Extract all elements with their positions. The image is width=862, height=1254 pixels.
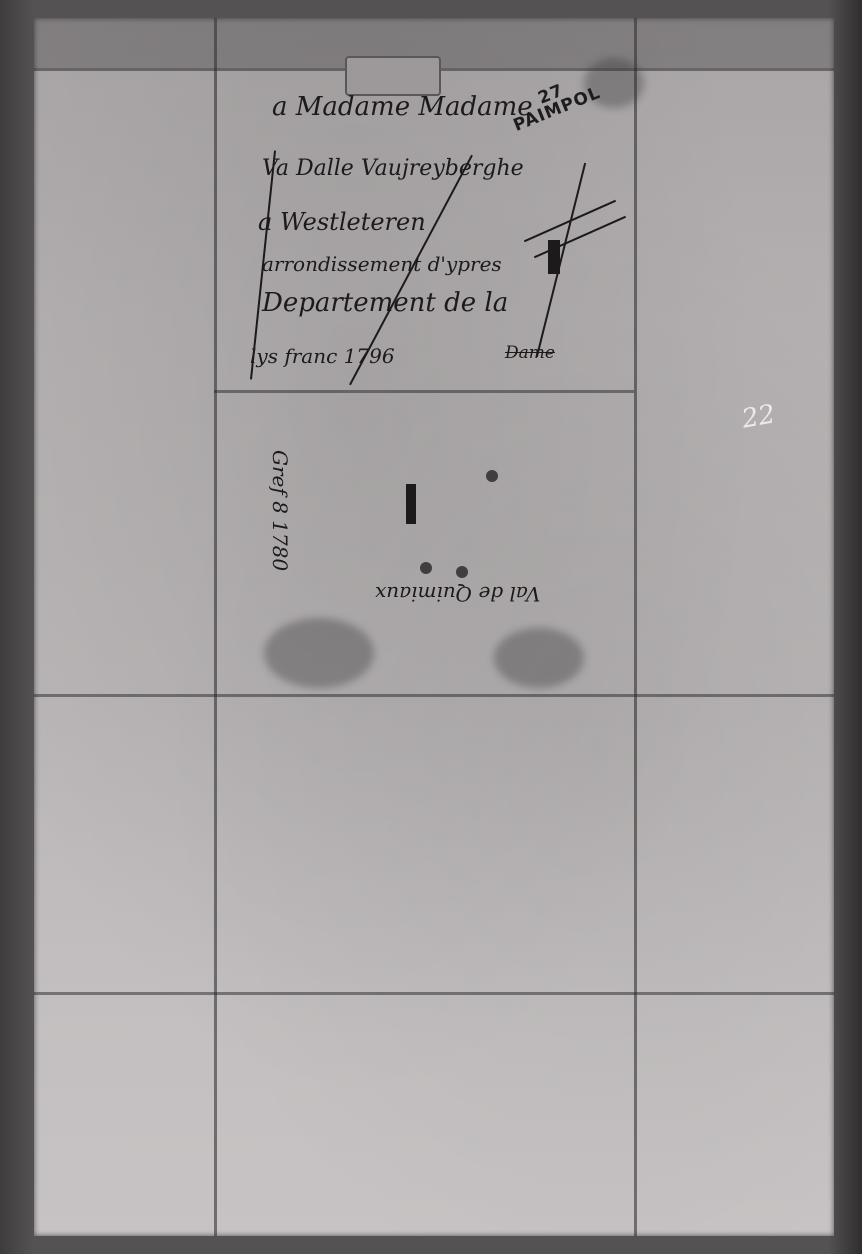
address-line-4: arrondissement d'ypres bbox=[262, 252, 502, 276]
ink-rate-mark bbox=[548, 240, 560, 274]
ink-mark bbox=[406, 484, 416, 524]
address-line-1: a Madame Madame bbox=[272, 92, 533, 122]
ink-blot bbox=[456, 566, 468, 578]
ink-blot bbox=[486, 470, 498, 482]
struck-word: Dame bbox=[505, 343, 555, 363]
wax-stain bbox=[264, 618, 374, 688]
fold-line-right bbox=[634, 18, 637, 1236]
torn-seal-fragment bbox=[345, 56, 441, 96]
fold-line-middle bbox=[34, 694, 834, 697]
address-line-2: Va Dalle Vaujreyberghe bbox=[262, 156, 524, 181]
wax-stain bbox=[494, 628, 584, 688]
address-line-6: lys franc 1796 bbox=[250, 344, 395, 368]
fold-line-address-panel bbox=[214, 390, 634, 393]
fold-line-lower bbox=[34, 992, 834, 995]
address-line-3: a Westleteren bbox=[258, 208, 426, 236]
address-line-5: Departement de la bbox=[262, 288, 508, 318]
ink-blot bbox=[420, 562, 432, 574]
fold-line-left bbox=[214, 18, 217, 1236]
docket-vertical: Gref 8 1780 bbox=[268, 450, 292, 571]
pencil-mark: 22 bbox=[740, 399, 778, 434]
docket-upside-down: Val de Quimiaux bbox=[375, 582, 540, 606]
letter-sheet bbox=[34, 18, 834, 1236]
